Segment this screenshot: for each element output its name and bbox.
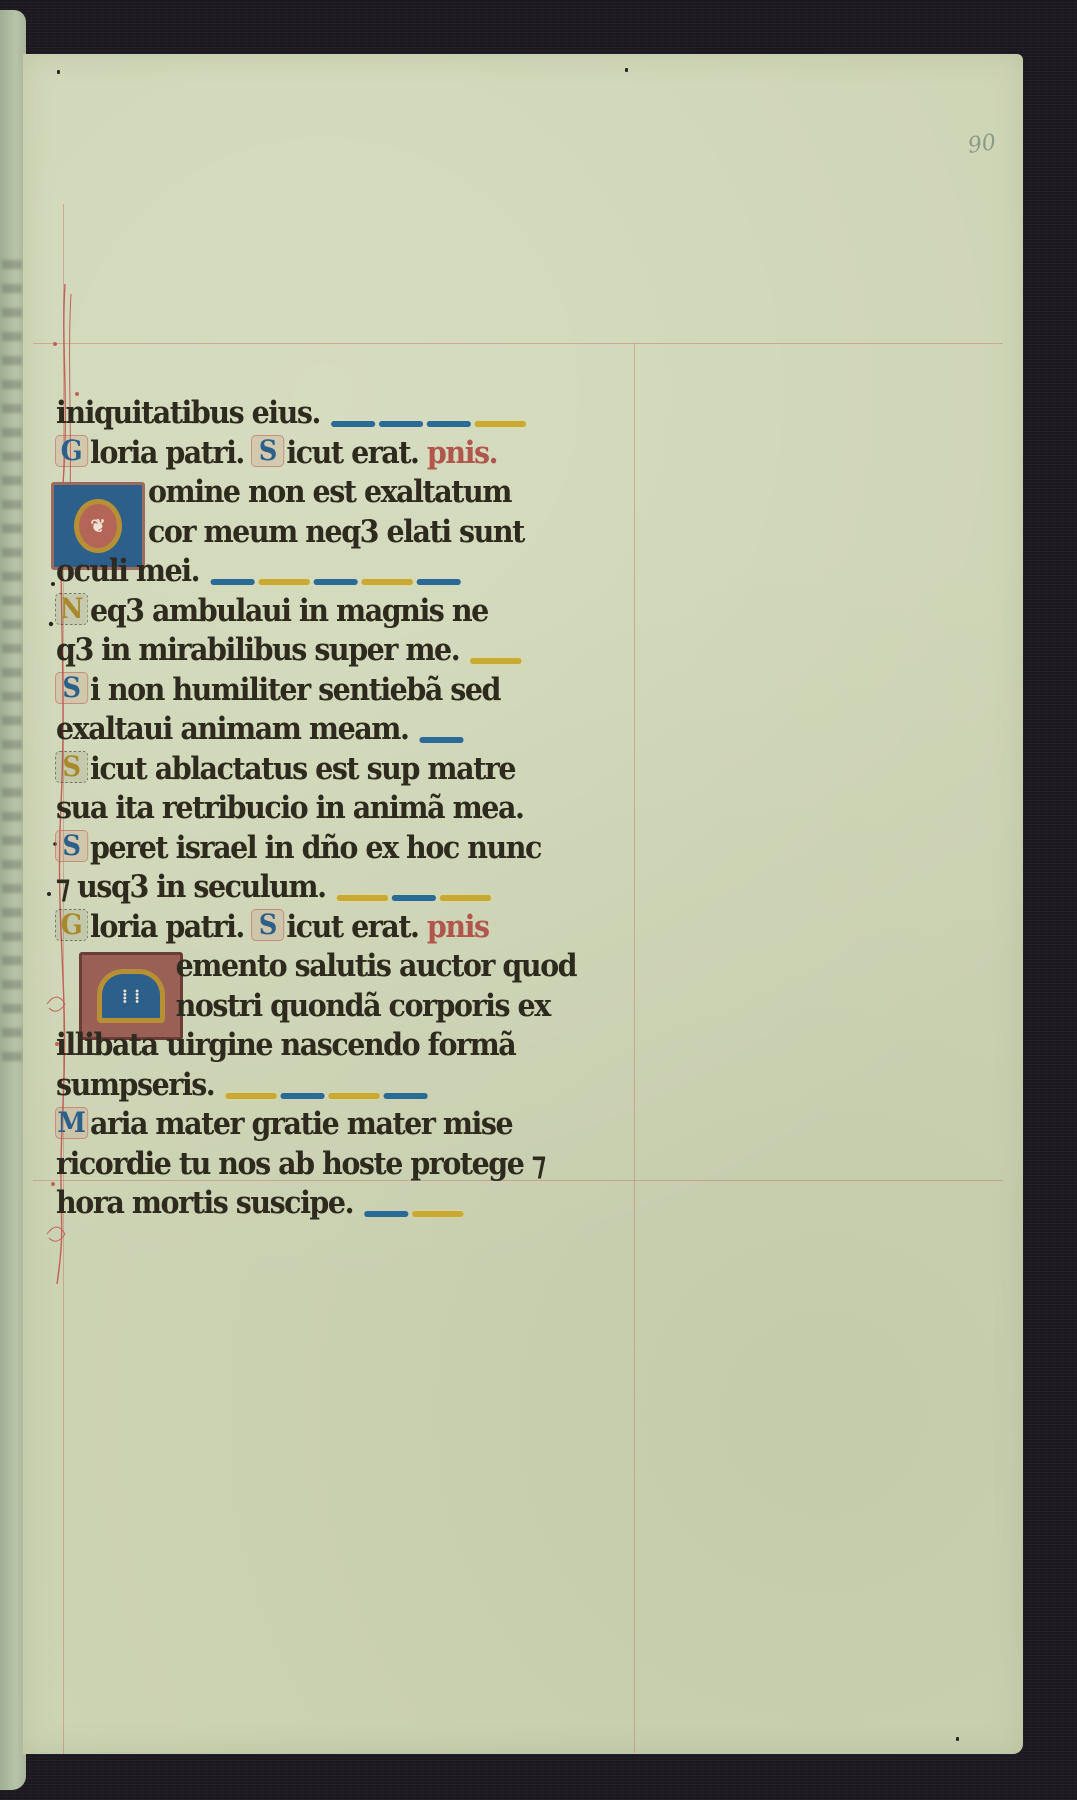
line-text: oculi mei.: [56, 552, 199, 592]
line-text: icut ablactatus est sup matre: [90, 750, 515, 790]
ghost-text-line: [2, 644, 22, 653]
rubric-text: pnis.: [418, 435, 497, 471]
text-line: Gloria patri. Sicut erat. pnis: [56, 908, 626, 948]
pricking-mark: [625, 68, 628, 72]
ghost-text-line: [2, 428, 22, 437]
text-line: cor meum neq3 elati sunt: [56, 513, 626, 553]
rubric-text: pnis: [418, 909, 488, 945]
decorated-initial: S: [56, 831, 87, 861]
line-filler-ornament-icon: [335, 878, 493, 896]
line-text: i non humiliter sentiebã sed: [90, 671, 500, 711]
ghost-text-line: [2, 284, 22, 293]
ghost-text-line: [2, 356, 22, 365]
text-line: exaltaui animam meam.: [56, 710, 626, 750]
decorated-initial: S: [252, 910, 283, 940]
ghost-text-line: [2, 260, 22, 269]
gold-filler-segment: [258, 579, 310, 585]
decorated-initial: G: [56, 436, 87, 466]
decorated-initial: S: [56, 752, 87, 782]
line-text: loria patri.: [90, 908, 244, 948]
ghost-text-line: [2, 884, 22, 893]
ruling-line-top: [33, 343, 1003, 344]
gold-filler-segment: [475, 421, 527, 427]
line-text: emento salutis auctor quod: [176, 947, 577, 987]
text-line: hora mortis suscipe.: [56, 1184, 626, 1224]
pricking-mark: [57, 70, 60, 74]
blue-filler-segment: [416, 579, 460, 585]
line-text: sumpseris.: [56, 1066, 214, 1106]
text-line: Si non humiliter sentiebã sed: [56, 671, 626, 711]
blue-filler-segment: [392, 895, 436, 901]
line-text: peret israel in dño ex hoc nunc: [90, 829, 541, 869]
text-line: Gloria patri. Sicut erat. pnis.: [56, 434, 626, 474]
line-text: hora mortis suscipe.: [56, 1184, 353, 1224]
text-line: ⁊ usq3 in seculum.: [56, 868, 626, 908]
text-line: Speret israel in dño ex hoc nunc: [56, 829, 626, 869]
line-text: omine non est exaltatum: [148, 473, 511, 513]
gold-filler-segment: [440, 895, 492, 901]
line-text: eq3 ambulaui in magnis ne: [90, 592, 488, 632]
ghost-text-line: [2, 908, 22, 917]
ghost-text-line: [2, 932, 22, 941]
blue-filler-segment: [313, 579, 357, 585]
blue-filler-segment: [364, 1211, 408, 1217]
line-text: exaltaui animam meam.: [56, 710, 408, 750]
folio-number: 90: [966, 130, 997, 159]
ghost-text-line: [2, 332, 22, 341]
text-line: Sicut ablactatus est sup matre: [56, 750, 626, 790]
ghost-text-line: [2, 1004, 22, 1013]
ghost-text-line: [2, 716, 22, 725]
text-line: nostri quondã corporis ex: [56, 987, 626, 1027]
gold-filler-segment: [225, 1093, 277, 1099]
ghost-text-line: [2, 524, 22, 533]
gold-filler-segment: [361, 579, 413, 585]
text-line: omine non est exaltatum: [56, 473, 626, 513]
line-filler-ornament-icon: [362, 1194, 465, 1212]
line-text: sua ita retribucio in animã mea.: [56, 789, 523, 829]
line-text: icut erat.: [286, 434, 418, 474]
pricking-mark: [956, 1737, 959, 1741]
decorated-initial: N: [56, 594, 87, 624]
gold-filler-segment: [328, 1093, 380, 1099]
ghost-text-line: [2, 740, 22, 749]
line-text: ⁊ usq3 in seculum.: [56, 868, 326, 908]
line-filler-ornament-icon: [468, 641, 523, 659]
gold-filler-segment: [337, 895, 389, 901]
text-line: iniquitatibus eius.: [56, 394, 626, 434]
ghost-text-line: [2, 1052, 22, 1061]
line-text: ricordie tu nos ab hoste protege ⁊: [56, 1145, 545, 1185]
decorated-initial: S: [252, 436, 283, 466]
text-line: illibata uirgine nascendo formã: [56, 1026, 626, 1066]
gold-filler-segment: [470, 658, 522, 664]
line-text: q3 in mirabilibus super me.: [56, 631, 459, 671]
text-line: Neq3 ambulaui in magnis ne: [56, 592, 626, 632]
ghost-text-line: [2, 620, 22, 629]
ghost-text-line: [2, 812, 22, 821]
manuscript-folio: 90 ❦ ⁞ ⁞ iniquitatibus eius.Gloria patri…: [23, 54, 1023, 1754]
line-text: illibata uirgine nascendo formã: [56, 1026, 515, 1066]
ghost-text-line: [2, 956, 22, 965]
decorated-initial: S: [56, 673, 87, 703]
ghost-text-line: [2, 1028, 22, 1037]
ghost-text-line: [2, 308, 22, 317]
gold-filler-segment: [412, 1211, 464, 1217]
line-filler-ornament-icon: [208, 562, 462, 580]
ghost-text-line: [2, 500, 22, 509]
blue-filler-segment: [210, 579, 254, 585]
ghost-text-line: [2, 476, 22, 485]
ghost-text-line: [2, 404, 22, 413]
line-text: icut erat.: [286, 908, 418, 948]
decorated-initial: G: [56, 910, 87, 940]
ghost-text-line: [2, 788, 22, 797]
line-filler-ornament-icon: [329, 404, 528, 422]
text-line: emento salutis auctor quod: [56, 947, 626, 987]
blue-filler-segment: [280, 1093, 324, 1099]
blue-filler-segment: [331, 421, 375, 427]
ghost-text-line: [2, 548, 22, 557]
ghost-text-line: [2, 980, 22, 989]
text-line: oculi mei.: [56, 552, 626, 592]
ghost-text-line: [2, 572, 22, 581]
line-filler-ornament-icon: [418, 720, 466, 738]
line-text: cor meum neq3 elati sunt: [148, 513, 524, 553]
ghost-text-line: [2, 836, 22, 845]
text-line: sumpseris.: [56, 1066, 626, 1106]
line-text: aria mater gratie mater mise: [90, 1105, 512, 1145]
blue-filler-segment: [427, 421, 471, 427]
ghost-text-line: [2, 860, 22, 869]
ghost-text-line: [2, 668, 22, 677]
text-line: ricordie tu nos ab hoste protege ⁊: [56, 1145, 626, 1185]
line-text: nostri quondã corporis ex: [176, 987, 550, 1027]
text-block: iniquitatibus eius.Gloria patri. Sicut e…: [56, 394, 676, 1224]
text-line: sua ita retribucio in animã mea.: [56, 789, 626, 829]
ghost-text-line: [2, 764, 22, 773]
text-line: Maria mater gratie mater mise: [56, 1105, 626, 1145]
blue-filler-segment: [419, 737, 463, 743]
line-filler-ornament-icon: [223, 1075, 429, 1093]
ghost-text-line: [2, 380, 22, 389]
blue-filler-segment: [379, 421, 423, 427]
decorated-initial: M: [56, 1108, 87, 1138]
text-line: q3 in mirabilibus super me.: [56, 631, 626, 671]
blue-filler-segment: [384, 1093, 428, 1099]
ghost-text-line: [2, 452, 22, 461]
line-text: loria patri.: [90, 434, 244, 474]
ghost-text-line: [2, 596, 22, 605]
ghost-text-line: [2, 692, 22, 701]
line-text: iniquitatibus eius.: [56, 394, 320, 434]
